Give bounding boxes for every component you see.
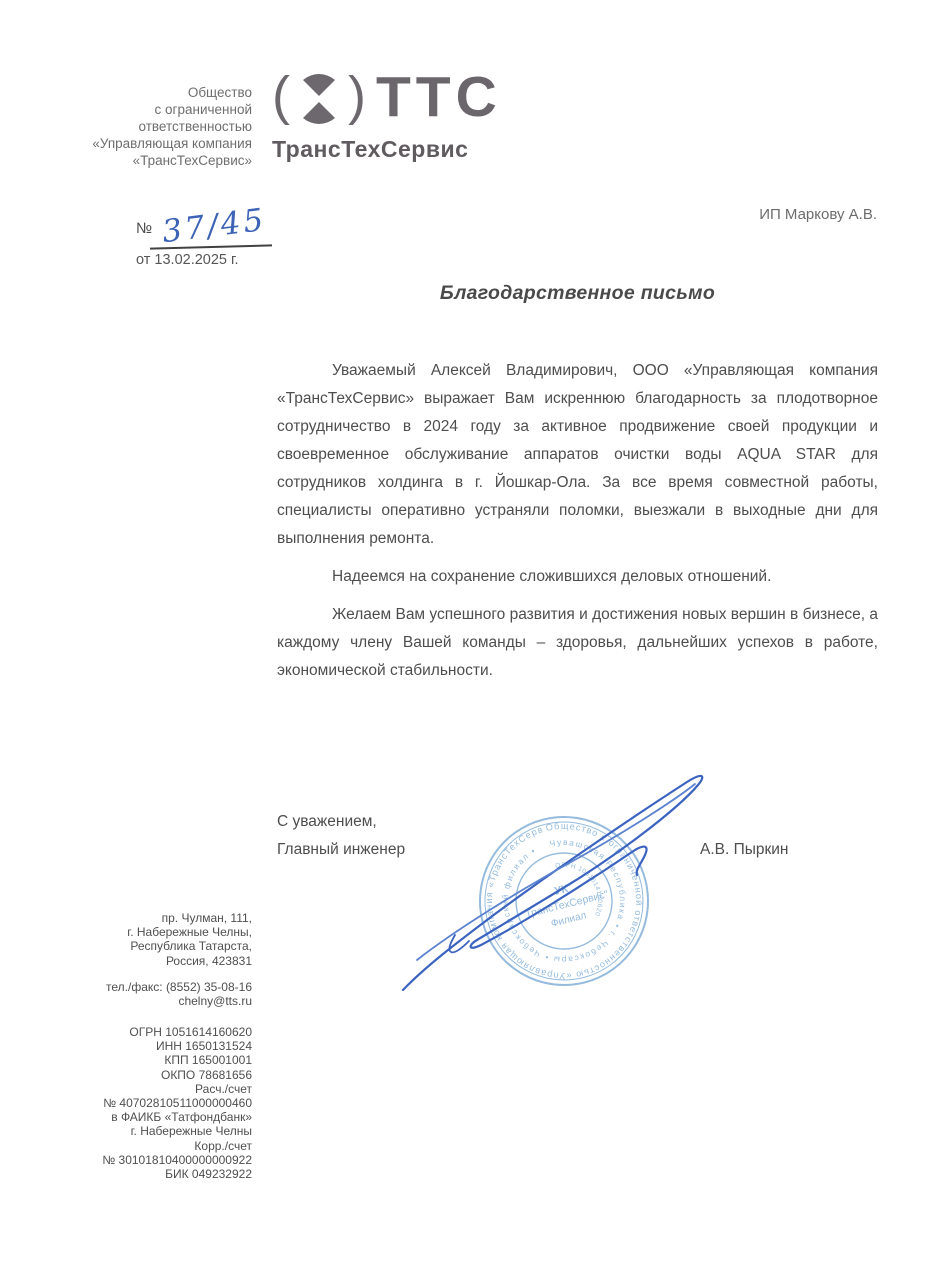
company-line: с ограниченной xyxy=(60,101,252,118)
company-line: Общество xyxy=(60,84,252,101)
address-line: Россия, 423831 xyxy=(38,954,252,968)
tts-logo-mark-icon xyxy=(293,73,345,125)
logo-abbr: ТТС xyxy=(376,69,502,126)
signature-ink xyxy=(395,752,725,1007)
bank-line: в ФАИКБ «Татфондбанк» xyxy=(38,1110,252,1124)
email-line: chelny@tts.ru xyxy=(38,994,252,1008)
bank-line: Расч./счет xyxy=(38,1082,252,1096)
company-name-block: Общество с ограниченной ответственностью… xyxy=(60,84,252,169)
signature-closing: С уважением, xyxy=(277,813,377,831)
phone-line: тел./факс: (8552) 35-08-16 xyxy=(38,980,252,994)
logo-company-name: ТрансТехСервис xyxy=(272,136,502,163)
letter-body: Уважаемый Алексей Владимирович, ООО «Упр… xyxy=(277,357,878,695)
footer-address: пр. Чулман, 111, г. Набережные Челны, Ре… xyxy=(38,911,252,968)
bank-line: ОКПО 78681656 xyxy=(38,1068,252,1082)
bank-line: ИНН 1650131524 xyxy=(38,1039,252,1053)
letter-number-label: № xyxy=(136,220,152,237)
company-line: ответственностью xyxy=(60,118,252,135)
bank-line: № 40702810511000000460 xyxy=(38,1096,252,1110)
address-line: Республика Татарста, xyxy=(38,939,252,953)
footer-contact: тел./факс: (8552) 35-08-16 chelny@tts.ru xyxy=(38,980,252,1008)
recipient: ИП Маркову А.В. xyxy=(577,206,877,223)
bank-line: БИК 049232922 xyxy=(38,1167,252,1181)
logo-paren-left: ( xyxy=(272,69,290,123)
address-line: г. Набережные Челны, xyxy=(38,925,252,939)
bank-line: № 30101810400000000922 xyxy=(38,1153,252,1167)
footer-bank-details: ОГРН 1051614160620 ИНН 1650131524 КПП 16… xyxy=(38,1025,252,1181)
company-line: «Управляющая компания xyxy=(60,135,252,152)
bank-line: КПП 165001001 xyxy=(38,1053,252,1067)
company-logo: ( ) ТТС ТрансТехСервис xyxy=(272,68,502,163)
bank-line: г. Набережные Челны xyxy=(38,1124,252,1138)
paragraph: Желаем Вам успешного развития и достижен… xyxy=(277,601,878,685)
letter-title: Благодарственное письмо xyxy=(277,282,878,305)
letter-ref-block: № 37/45 от 13.02.2025 г. xyxy=(136,220,296,268)
letter-number-handwritten: 37/45 xyxy=(160,202,268,250)
company-line: «ТрансТехСервис» xyxy=(60,152,252,169)
bank-line: Корр./счет xyxy=(38,1139,252,1153)
letter-page: Общество с ограниченной ответственностью… xyxy=(0,0,929,1280)
bank-line: ОГРН 1051614160620 xyxy=(38,1025,252,1039)
signer-position: Главный инженер xyxy=(277,841,405,859)
logo-paren-right: ) xyxy=(348,69,366,123)
letter-date: от 13.02.2025 г. xyxy=(136,252,296,268)
address-line: пр. Чулман, 111, xyxy=(38,911,252,925)
paragraph: Уважаемый Алексей Владимирович, ООО «Упр… xyxy=(277,357,878,553)
paragraph: Надеемся на сохранение сложившихся делов… xyxy=(277,563,878,591)
